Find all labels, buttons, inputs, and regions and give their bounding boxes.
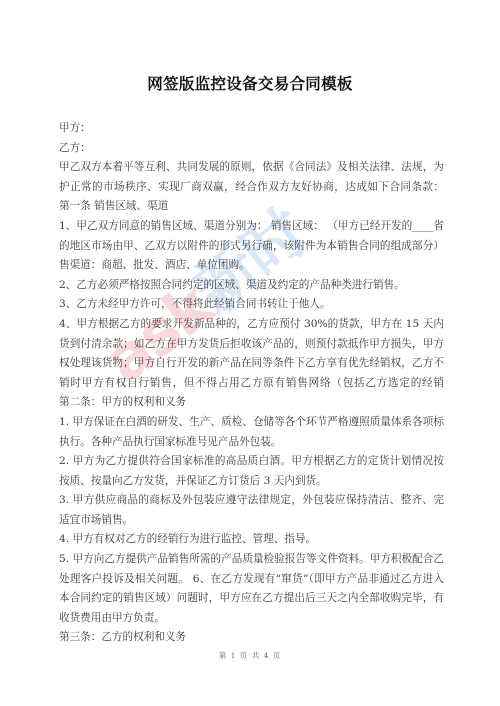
document-line: 第三条：乙方的权利和义务 [59, 628, 444, 648]
document-line: 3. 甲方供应商品的商标及外包装应遵守法律规定，外包装应保持清洁、整齐、完好， [59, 491, 444, 511]
document-line: 本合同约定的销售区域）问题时，甲方应在乙方提出后三天之内全部收购完毕，有关 [59, 589, 444, 609]
document-line: 甲乙双方本着平等互利、共同发展的原则，依据《合同法》及相关法律、法规，为维 [59, 158, 444, 178]
document-title: 网签版监控设备交易合同模板 [0, 72, 500, 94]
document-body: 甲方：乙方：甲乙双方本着平等互利、共同发展的原则，依据《合同法》及相关法律、法规… [59, 119, 444, 648]
document-line: 处理客户投诉及相关问题。 6、在乙方发现有“窜货”（即甲方产品非通过乙方进入 [59, 570, 444, 590]
document-line: 第二条：甲方的权利和义务 [59, 393, 444, 413]
document-line: 1、甲乙双方同意的销售区域、渠道分别为： 销售区域： （甲方已经开发的____省… [59, 217, 444, 237]
document-line: 3、乙方未经甲方许可，不得将此经销合同书转让于他人。 [59, 295, 444, 315]
document-line: 的地区市场由甲、乙双方以附件的形式另行确，该附件为本销售合同的组成部分） 销 [59, 237, 444, 257]
document-line: 销时甲方有权自行销售，但不得占用乙方原有销售网络（包括乙方选定的经销商）。 [59, 374, 444, 394]
document-page: 网签版监控设备交易合同模板 甲方：乙方：甲乙双方本着平等互利、共同发展的原则，依… [0, 0, 500, 706]
document-line: 执行。各种产品执行国家标准号见产品外包装。 [59, 433, 444, 453]
document-line: 乙方： [59, 139, 444, 159]
document-line: 4. 甲方有权对乙方的经销行为进行监控、管理、指导。 [59, 530, 444, 550]
document-line: 售渠道：商超、批发、酒店、单位团购。 [59, 256, 444, 276]
document-line: 1. 甲方保证在白酒的研发、生产、质检、仓储等各个环节严格遵照质量体系各项标准 [59, 413, 444, 433]
document-line: 第一条 销售区域、渠道 [59, 197, 444, 217]
document-line: 2. 甲方为乙方提供符合国家标准的高品质白酒。甲方根据乙方的定货计划情况按时、 [59, 452, 444, 472]
page-number-footer: 第 1 页 共 4 页 [0, 650, 500, 661]
document-line: 权处理该货物；甲方自行开发的新产品在同等条件下乙方享有优先经销权，乙方不经 [59, 354, 444, 374]
document-line: 甲方： [59, 119, 444, 139]
document-line: 5. 甲方向乙方提供产品销售所需的产品质量检验报告等文件资料。甲方积极配合乙方 [59, 550, 444, 570]
document-line: 收货费用由甲方负责。 [59, 609, 444, 629]
document-line: 4、甲方根据乙方的要求开发新品种的，乙方应预付 30%的货款，甲方在 15 天内… [59, 315, 444, 335]
document-line: 货到付清余款；如乙方在甲方发货后拒收该产品的，则预付款抵作甲方损失，甲方有 [59, 335, 444, 355]
document-line: 适宜市场销售。 [59, 511, 444, 531]
document-line: 护正常的市场秩序、实现厂商双赢，经合作双方友好协商，达成如下合同条款： [59, 178, 444, 198]
document-line: 按质、按量向乙方发货，并保证乙方订货后 3 天内到货。 [59, 472, 444, 492]
document-line: 2、乙方必须严格按照合同约定的区域、渠道及约定的产品种类进行销售。 [59, 276, 444, 296]
